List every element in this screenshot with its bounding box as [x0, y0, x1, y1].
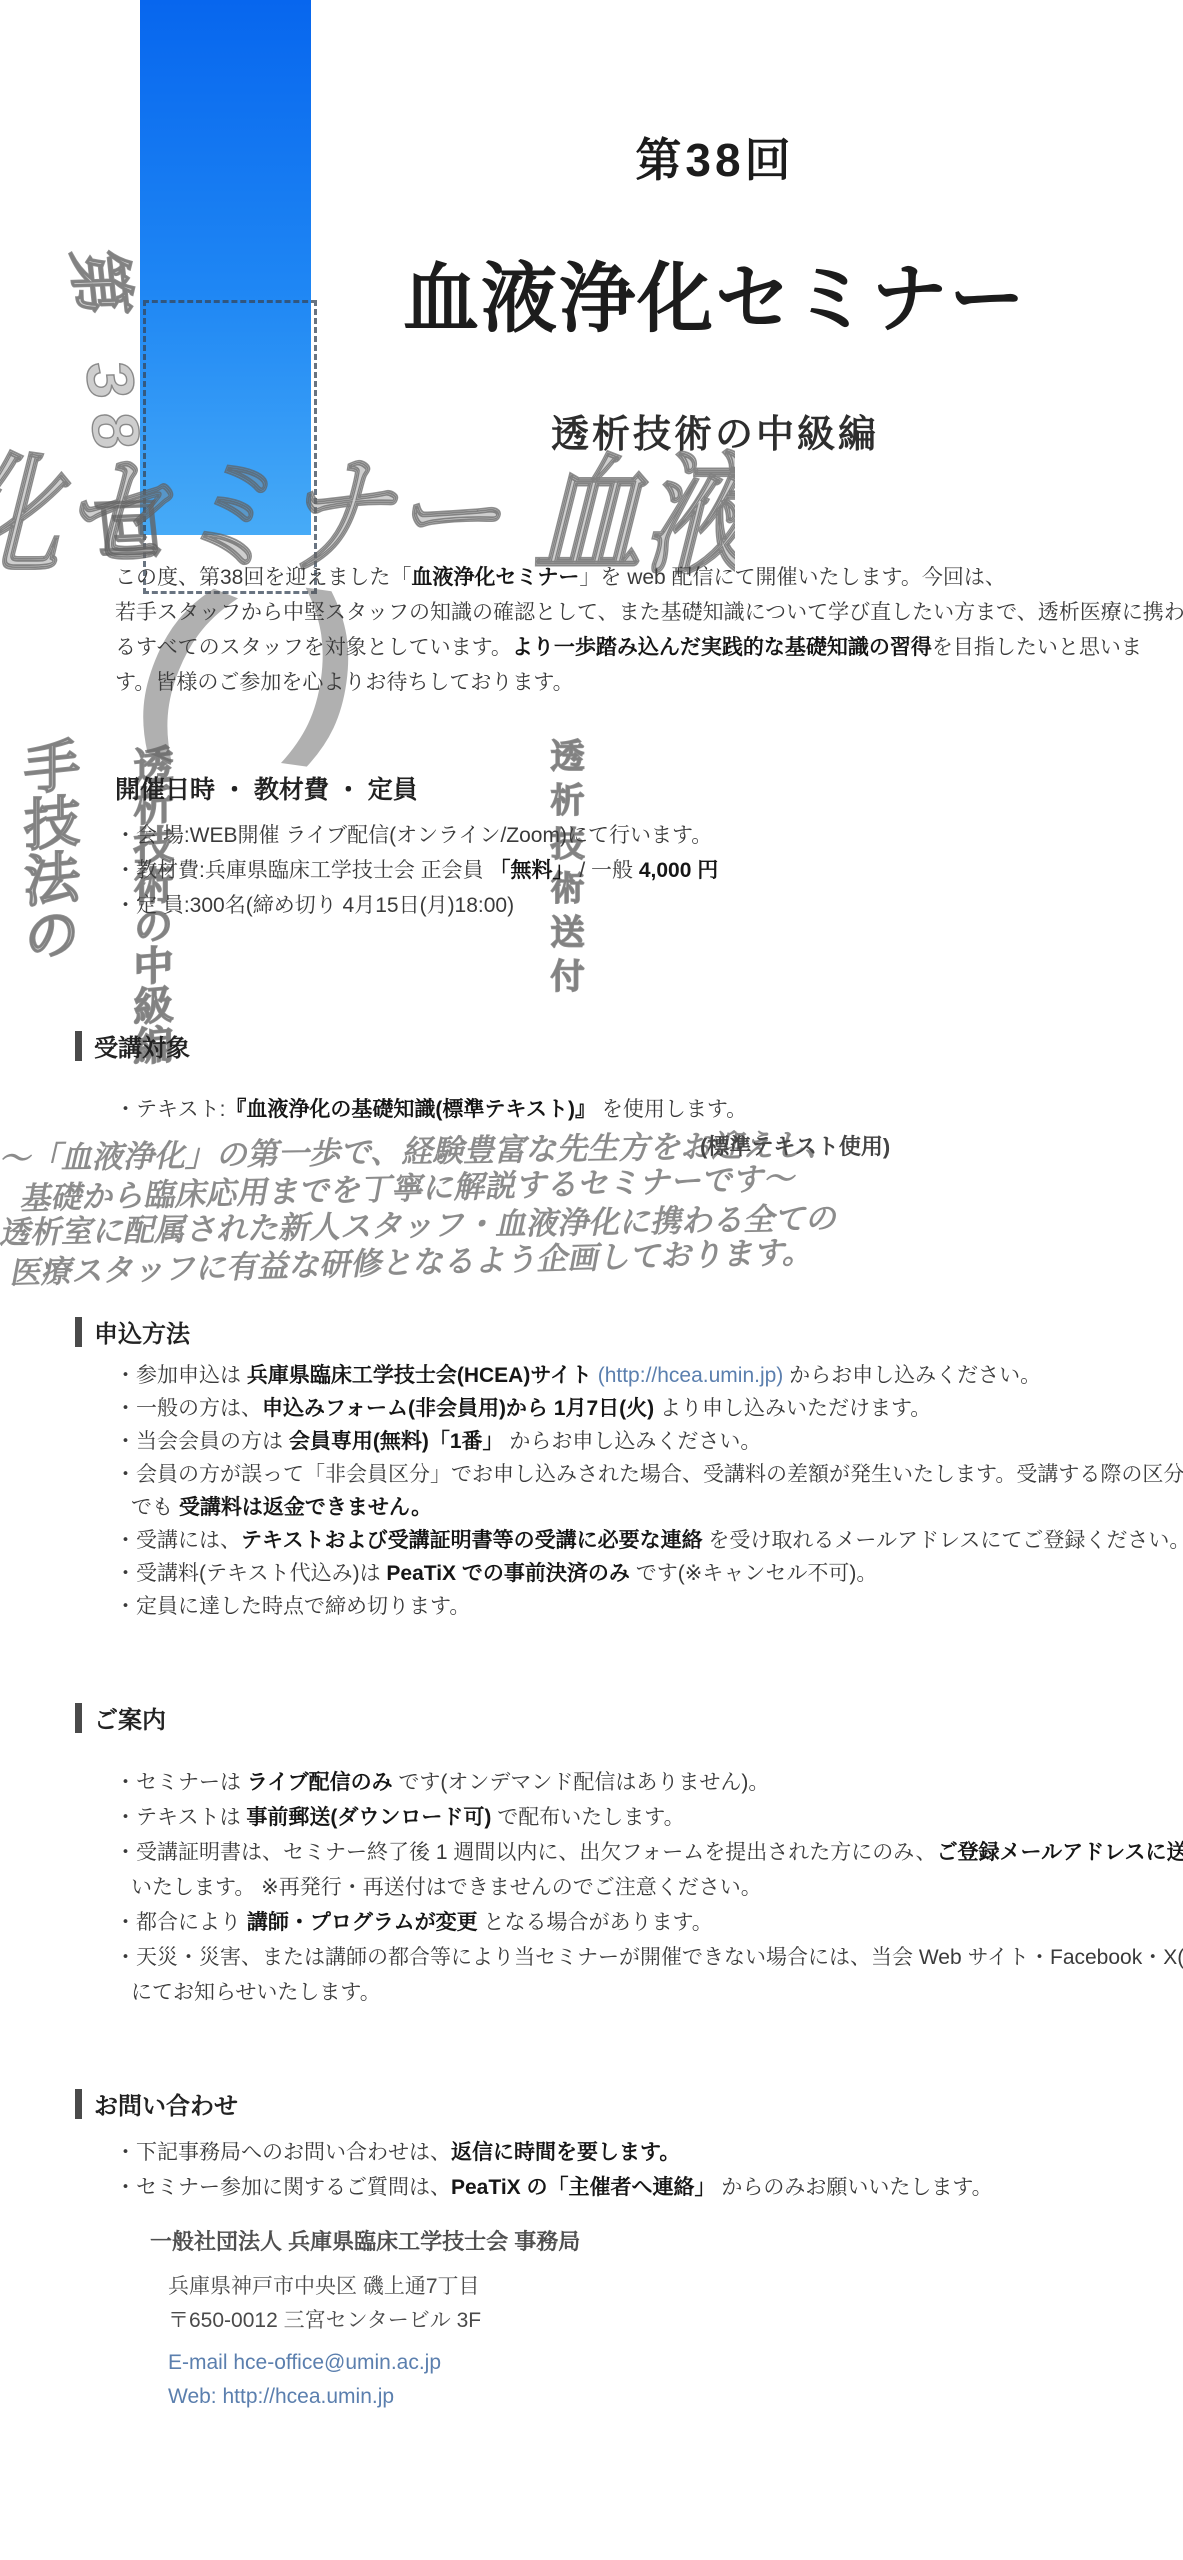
section-title: お問い合わせ	[94, 2086, 238, 2121]
text-span: ・セミナー参加に関するご質問は、	[115, 2176, 451, 2199]
audience-side-note: (標準テキスト使用)	[700, 1130, 890, 1161]
ghost-band-line: 基礎から臨床応用までを丁寧に解説するセミナーです〜	[18, 1153, 801, 1219]
section-contact: お問い合わせ ・下記事務局へのお問い合わせは、返信に時間を要します。・セミナー参…	[75, 2086, 993, 2414]
text-span: にてお知らせいたします。	[131, 1981, 381, 2004]
text-line: ・定 員:300名(締め切り 4月15日(月)18:00)	[115, 888, 718, 923]
text-line: ・一般の方は、申込みフォーム(非会員用)から 1月7日(火) より申し込みいただ…	[115, 1392, 1183, 1425]
text-span: 事前郵送(ダウンロード可)	[246, 1806, 491, 1829]
text-span: 4,000 円	[639, 859, 718, 882]
text-span: です(オンデマンド配信はありません)。	[393, 1771, 770, 1794]
text-line: この度、第38回を迎えました「血液浄化セミナー」を web 配信にて開催いたしま…	[115, 560, 1183, 595]
text-line: ・テキスト:『血液浄化の基礎知識(標準テキスト)』 を使用します。	[115, 1093, 747, 1123]
text-line: ・受講には、テキストおよび受講証明書等の受講に必要な連絡 を受け取れるメールアド…	[115, 1524, 1183, 1557]
text-span: ・都合により	[115, 1911, 247, 1934]
text-span: 兵庫県臨床工学技士会(HCEA)サイト	[247, 1364, 592, 1387]
page-subtitle: 透析技術の中級編	[240, 403, 1183, 458]
seminar-flyer-page: 第 38 回 化セミナー 血液浄 ( ) 手技法の 透析技術の中級編 透析技術送…	[0, 0, 1183, 2560]
text-line: でも 受講料は返金できません。	[115, 1491, 1183, 1524]
audience-lines: ・テキスト:『血液浄化の基礎知識(標準テキスト)』 を使用します。	[115, 1093, 747, 1123]
ghost-band-line: 透析室に配属された新人スタッフ・血液浄化に携わる全ての	[0, 1193, 844, 1253]
text-span: ・参加申込は	[115, 1364, 247, 1387]
text-span: ・天災・災害、または講師の都合等により当セミナーが開催できない場合には、当会 W…	[115, 1946, 1183, 1969]
text-span: ・受講証明書は、セミナー終了後 1 週間以内に、出欠フォームを提出された方にのみ…	[115, 1841, 937, 1864]
text-line: ・テキストは 事前郵送(ダウンロード可) で配布いたします。	[115, 1800, 1183, 1835]
text-span: 講師・プログラムが変更	[247, 1911, 478, 1934]
text-span: 会員専用(無料)「1番」	[289, 1430, 504, 1453]
text-span: からお申し込みください。	[789, 1364, 1041, 1387]
text-span: からお申し込みください。	[504, 1430, 762, 1453]
section-heading-row: ご案内	[75, 1700, 1183, 1735]
contact-links: E-mail hce-office@umin.ac.jp Web: http:/…	[150, 2346, 993, 2414]
text-span: を目指したいと思いま	[932, 636, 1142, 659]
apply-bullet-list: ・参加申込は 兵庫県臨床工学技士会(HCEA)サイト (http://hcea.…	[115, 1359, 1183, 1623]
text-span: です(※キャンセル不可)。	[630, 1562, 877, 1585]
text-span: 「無料」	[490, 859, 574, 882]
section-heading-row: 申込方法	[75, 1314, 1183, 1349]
text-line: ・受講料(テキスト代込み)は PeaTiX での事前決済のみ です(※キャンセル…	[115, 1557, 1183, 1590]
text-span: 若手スタッフから中堅スタッフの知識の確認として、また基礎知識について学び直したい…	[115, 601, 1183, 624]
text-span: 」を web 配信にて開催いたします。今回は、	[579, 566, 1006, 589]
text-span: いたします。 ※再発行・再送付はできませんのでご注意ください。	[131, 1876, 762, 1899]
text-line: ・教材費:兵庫県臨床工学技士会 正会員 「無料」 / 一般 4,000 円	[115, 853, 718, 888]
text-line: す。皆様のご参加を心よりお待ちしております。	[115, 665, 1183, 700]
email-link[interactable]: E-mail hce-office@umin.ac.jp	[168, 2346, 993, 2380]
text-line: ・参加申込は 兵庫県臨床工学技士会(HCEA)サイト (http://hcea.…	[115, 1359, 1183, 1392]
text-span: ・受講には、	[115, 1529, 241, 1552]
text-span: PeaTiX の「主催者へ連絡」	[451, 2176, 716, 2199]
text-span: より一歩踏み込んだ実践的な基礎知識の習得	[512, 636, 932, 659]
address-lines: 兵庫県神戸市中央区 磯上通7丁目 〒650-0012 三宮センタービル 3F	[150, 2270, 993, 2338]
section-title: ご案内	[94, 1700, 166, 1735]
text-span: ・定 員:300名(締め切り 4月15日(月)18:00)	[115, 894, 514, 917]
text-span: ・テキストは	[115, 1806, 246, 1829]
contact-block: 一般社団法人 兵庫県臨床工学技士会 事務局 兵庫県神戸市中央区 磯上通7丁目 〒…	[150, 2225, 993, 2414]
edition-number: 第38回	[240, 124, 1183, 190]
text-span: ・教材費:兵庫県臨床工学技士会 正会員	[115, 859, 490, 882]
text-span: テキストおよび受講証明書等の受講に必要な連絡	[241, 1529, 703, 1552]
info-bullet-list: ・セミナーは ライブ配信のみ です(オンデマンド配信はありません)。・テキストは…	[115, 1765, 1183, 2010]
text-line: ・当会会員の方は 会員専用(無料)「1番」 からお申し込みください。	[115, 1425, 1183, 1458]
text-span: るすべてのスタッフを対象としています。	[115, 636, 512, 659]
inline-link[interactable]: (http://hcea.umin.jp)	[592, 1364, 789, 1387]
text-line: ・定員に達した時点で締め切ります。	[115, 1590, 1183, 1623]
section-audience: 受講対象 ・テキスト:『血液浄化の基礎知識(標準テキスト)』 を使用します。	[75, 1028, 747, 1123]
section-heading-row: 受講対象	[75, 1028, 747, 1063]
text-line: 若手スタッフから中堅スタッフの知識の確認として、また基礎知識について学び直したい…	[115, 595, 1183, 630]
text-span: となる場合があります。	[478, 1911, 713, 1934]
text-span: 申込みフォーム(非会員用)から 1月7日(火)	[262, 1397, 654, 1420]
text-span: ・テキスト:	[115, 1098, 225, 1121]
text-span: す。皆様のご参加を心よりお待ちしております。	[115, 671, 574, 694]
text-line: るすべてのスタッフを対象としています。より一歩踏み込んだ実践的な基礎知識の習得を…	[115, 630, 1183, 665]
text-line: ・受講証明書は、セミナー終了後 1 週間以内に、出欠フォームを提出された方にのみ…	[115, 1835, 1183, 1870]
text-span: この度、第38回を迎えました「	[115, 566, 411, 589]
contact-bullet-list: ・下記事務局へのお問い合わせは、返信に時間を要します。・セミナー参加に関するご質…	[115, 2135, 993, 2205]
overview-heading: 開催日時 ・ 教材費 ・ 定員	[115, 770, 718, 806]
text-span: ・一般の方は、	[115, 1397, 262, 1420]
website-link[interactable]: Web: http://hcea.umin.jp	[168, 2380, 993, 2414]
section-title: 受講対象	[94, 1028, 190, 1063]
overview-block: 開催日時 ・ 教材費 ・ 定員 ・会 場:WEB開催 ライブ配信(オンライン/Z…	[115, 770, 718, 923]
address-line-1: 兵庫県神戸市中央区 磯上通7丁目	[168, 2270, 993, 2304]
text-line: ・会 場:WEB開催 ライブ配信(オンライン/Zoom)にて行います。	[115, 818, 718, 853]
text-span: ライブ配信のみ	[247, 1771, 393, 1794]
section-title: 申込方法	[94, 1314, 190, 1349]
text-span: ・会 場:WEB開催 ライブ配信(オンライン/Zoom)にて行います。	[115, 824, 712, 847]
text-span: でも	[131, 1496, 179, 1519]
section-apply: 申込方法 ・参加申込は 兵庫県臨床工学技士会(HCEA)サイト (http://…	[75, 1314, 1183, 1623]
intro-paragraph: この度、第38回を迎えました「血液浄化セミナー」を web 配信にて開催いたしま…	[115, 560, 1183, 700]
text-span: ・定員に達した時点で締め切ります。	[115, 1595, 470, 1618]
text-span: ・セミナーは	[115, 1771, 247, 1794]
text-span: からのみお願いいたします。	[716, 2176, 993, 2199]
heading-bar-icon	[75, 2089, 82, 2119]
text-span: ・当会会員の方は	[115, 1430, 289, 1453]
text-line: いたします。 ※再発行・再送付はできませんのでご注意ください。	[115, 1870, 1183, 1905]
page-title: 血液浄化セミナー	[240, 238, 1183, 347]
text-span: 血液浄化セミナー	[411, 566, 579, 589]
text-span: より申し込みいただけます。	[654, 1397, 931, 1420]
heading-bar-icon	[75, 1317, 82, 1347]
text-span: ご登録メールアドレスに送付	[937, 1841, 1183, 1864]
text-line: ・セミナーは ライブ配信のみ です(オンデマンド配信はありません)。	[115, 1765, 1183, 1800]
text-span: PeaTiX での事前決済のみ	[386, 1562, 630, 1585]
text-span: を使用します。	[596, 1098, 747, 1121]
organization-name: 一般社団法人 兵庫県臨床工学技士会 事務局	[150, 2225, 993, 2256]
ghost-vertical-text-1: 手技法の	[8, 734, 88, 1032]
text-span: ・受講料(テキスト代込み)は	[115, 1562, 386, 1585]
section-heading-row: お問い合わせ	[75, 2086, 993, 2121]
text-span: を受け取れるメールアドレスにてご登録ください。	[703, 1529, 1183, 1552]
ghost-band-line: 医療スタッフに有益な研修となるよう企画しております。	[8, 1226, 820, 1292]
heading-bar-icon	[75, 1031, 82, 1061]
address-line-2: 〒650-0012 三宮センタービル 3F	[168, 2304, 993, 2338]
overview-lines: ・会 場:WEB開催 ライブ配信(オンライン/Zoom)にて行います。・教材費:…	[115, 818, 718, 923]
text-span: ・下記事務局へのお問い合わせは、	[115, 2141, 451, 2164]
text-span: 返信に時間を要します。	[451, 2141, 680, 2164]
section-info: ご案内 ・セミナーは ライブ配信のみ です(オンデマンド配信はありません)。・テ…	[75, 1700, 1183, 2010]
text-span: / 一般	[574, 859, 639, 882]
text-line: ・天災・災害、または講師の都合等により当セミナーが開催できない場合には、当会 W…	[115, 1940, 1183, 1975]
text-line: ・下記事務局へのお問い合わせは、返信に時間を要します。	[115, 2135, 993, 2170]
text-span: 受講料は返金できません。	[179, 1496, 432, 1519]
text-line: ・会員の方が誤って「非会員区分」でお申し込みされた場合、受講料の差額が発生いたし…	[115, 1458, 1183, 1491]
text-span: ・会員の方が誤って「非会員区分」でお申し込みされた場合、受講料の差額が発生いたし…	[115, 1463, 1183, 1486]
text-line: ・都合により 講師・プログラムが変更 となる場合があります。	[115, 1905, 1183, 1940]
text-span: 『血液浄化の基礎知識(標準テキスト)』	[225, 1098, 596, 1121]
text-line: ・セミナー参加に関するご質問は、PeaTiX の「主催者へ連絡」 からのみお願い…	[115, 2170, 993, 2205]
heading-bar-icon	[75, 1703, 82, 1733]
text-span: で配布いたします。	[491, 1806, 684, 1829]
header: 第38回 血液浄化セミナー 透析技術の中級編	[240, 0, 1183, 458]
text-line: にてお知らせいたします。	[115, 1975, 1183, 2010]
